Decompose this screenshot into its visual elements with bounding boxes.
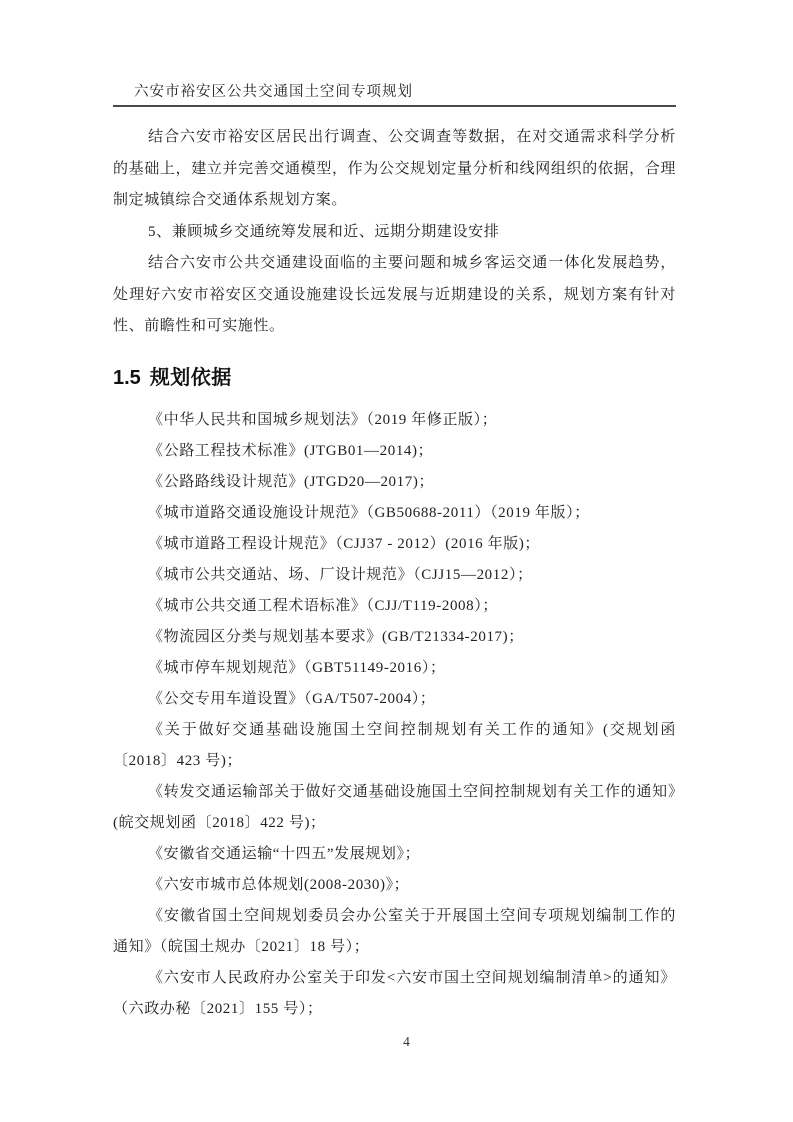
paragraph: 结合六安市裕安区居民出行调查、公交调查等数据，在对交通需求科学分析的基础上，建立… (113, 122, 676, 217)
reference-item: 《城市停车规划规范》（GBT51149-2016）； (113, 653, 676, 684)
reference-item: 《安徽省国土空间规划委员会办公室关于开展国土空间专项规划编制工作的通知》（皖国土… (113, 901, 676, 963)
reference-item: 《城市道路工程设计规范》（CJJ37 - 2012）(2016 年版)； (113, 529, 676, 560)
page-footer: 4 (113, 1033, 676, 1051)
body-paragraphs: 结合六安市裕安区居民出行调查、公交调查等数据，在对交通需求科学分析的基础上，建立… (113, 122, 676, 343)
reference-item: 《安徽省交通运输“十四五”发展规划》； (113, 839, 676, 870)
reference-item: 《转发交通运输部关于做好交通基础设施国土空间控制规划有关工作的通知》(皖交规划函… (113, 777, 676, 839)
reference-item: 《公路路线设计规范》(JTGD20—2017)； (113, 467, 676, 498)
section-heading: 1.5规划依据 (113, 364, 676, 392)
section-number: 1.5 (113, 367, 141, 389)
reference-list: 《中华人民共和国城乡规划法》（2019 年修正版）； 《公路工程技术标准》(JT… (113, 405, 676, 1025)
reference-item: 《公交专用车道设置》（GA/T507-2004）； (113, 684, 676, 715)
reference-item: 《公路工程技术标准》(JTGB01—2014)； (113, 436, 676, 467)
reference-item: 《关于做好交通基础设施国土空间控制规划有关工作的通知》(交规划函〔2018〕42… (113, 715, 676, 777)
page-header: 六安市裕安区公共交通国土空间专项规划 (113, 0, 676, 107)
reference-item: 《物流园区分类与规划基本要求》(GB/T21334-2017)； (113, 622, 676, 653)
reference-item: 《城市公共交通工程术语标准》（CJJ/T119-2008）； (113, 591, 676, 622)
paragraph: 5、兼顾城乡交通统筹发展和近、远期分期建设安排 (113, 217, 676, 249)
section-title: 规划依据 (150, 367, 232, 389)
reference-item: 《六安市人民政府办公室关于印发<六安市国土空间规划编制清单>的通知》（六政办秘〔… (113, 963, 676, 1025)
paragraph: 结合六安市公共交通建设面临的主要问题和城乡客运交通一体化发展趋势，处理好六安市裕… (113, 248, 676, 343)
reference-item: 《城市道路交通设施设计规范》（GB50688-2011）（2019 年版）； (113, 498, 676, 529)
page-number: 4 (403, 1033, 410, 1051)
reference-item: 《城市公共交通站、场、厂设计规范》（CJJ15—2012）； (113, 560, 676, 591)
reference-item: 《六安市城市总体规划(2008-2030)》； (113, 870, 676, 901)
header-title: 六安市裕安区公共交通国土空间专项规划 (113, 84, 676, 100)
document-page: 六安市裕安区公共交通国土空间专项规划 结合六安市裕安区居民出行调查、公交调查等数… (0, 0, 793, 1122)
reference-item: 《中华人民共和国城乡规划法》（2019 年修正版）； (113, 405, 676, 436)
page-content: 结合六安市裕安区居民出行调查、公交调查等数据，在对交通需求科学分析的基础上，建立… (113, 107, 676, 1051)
